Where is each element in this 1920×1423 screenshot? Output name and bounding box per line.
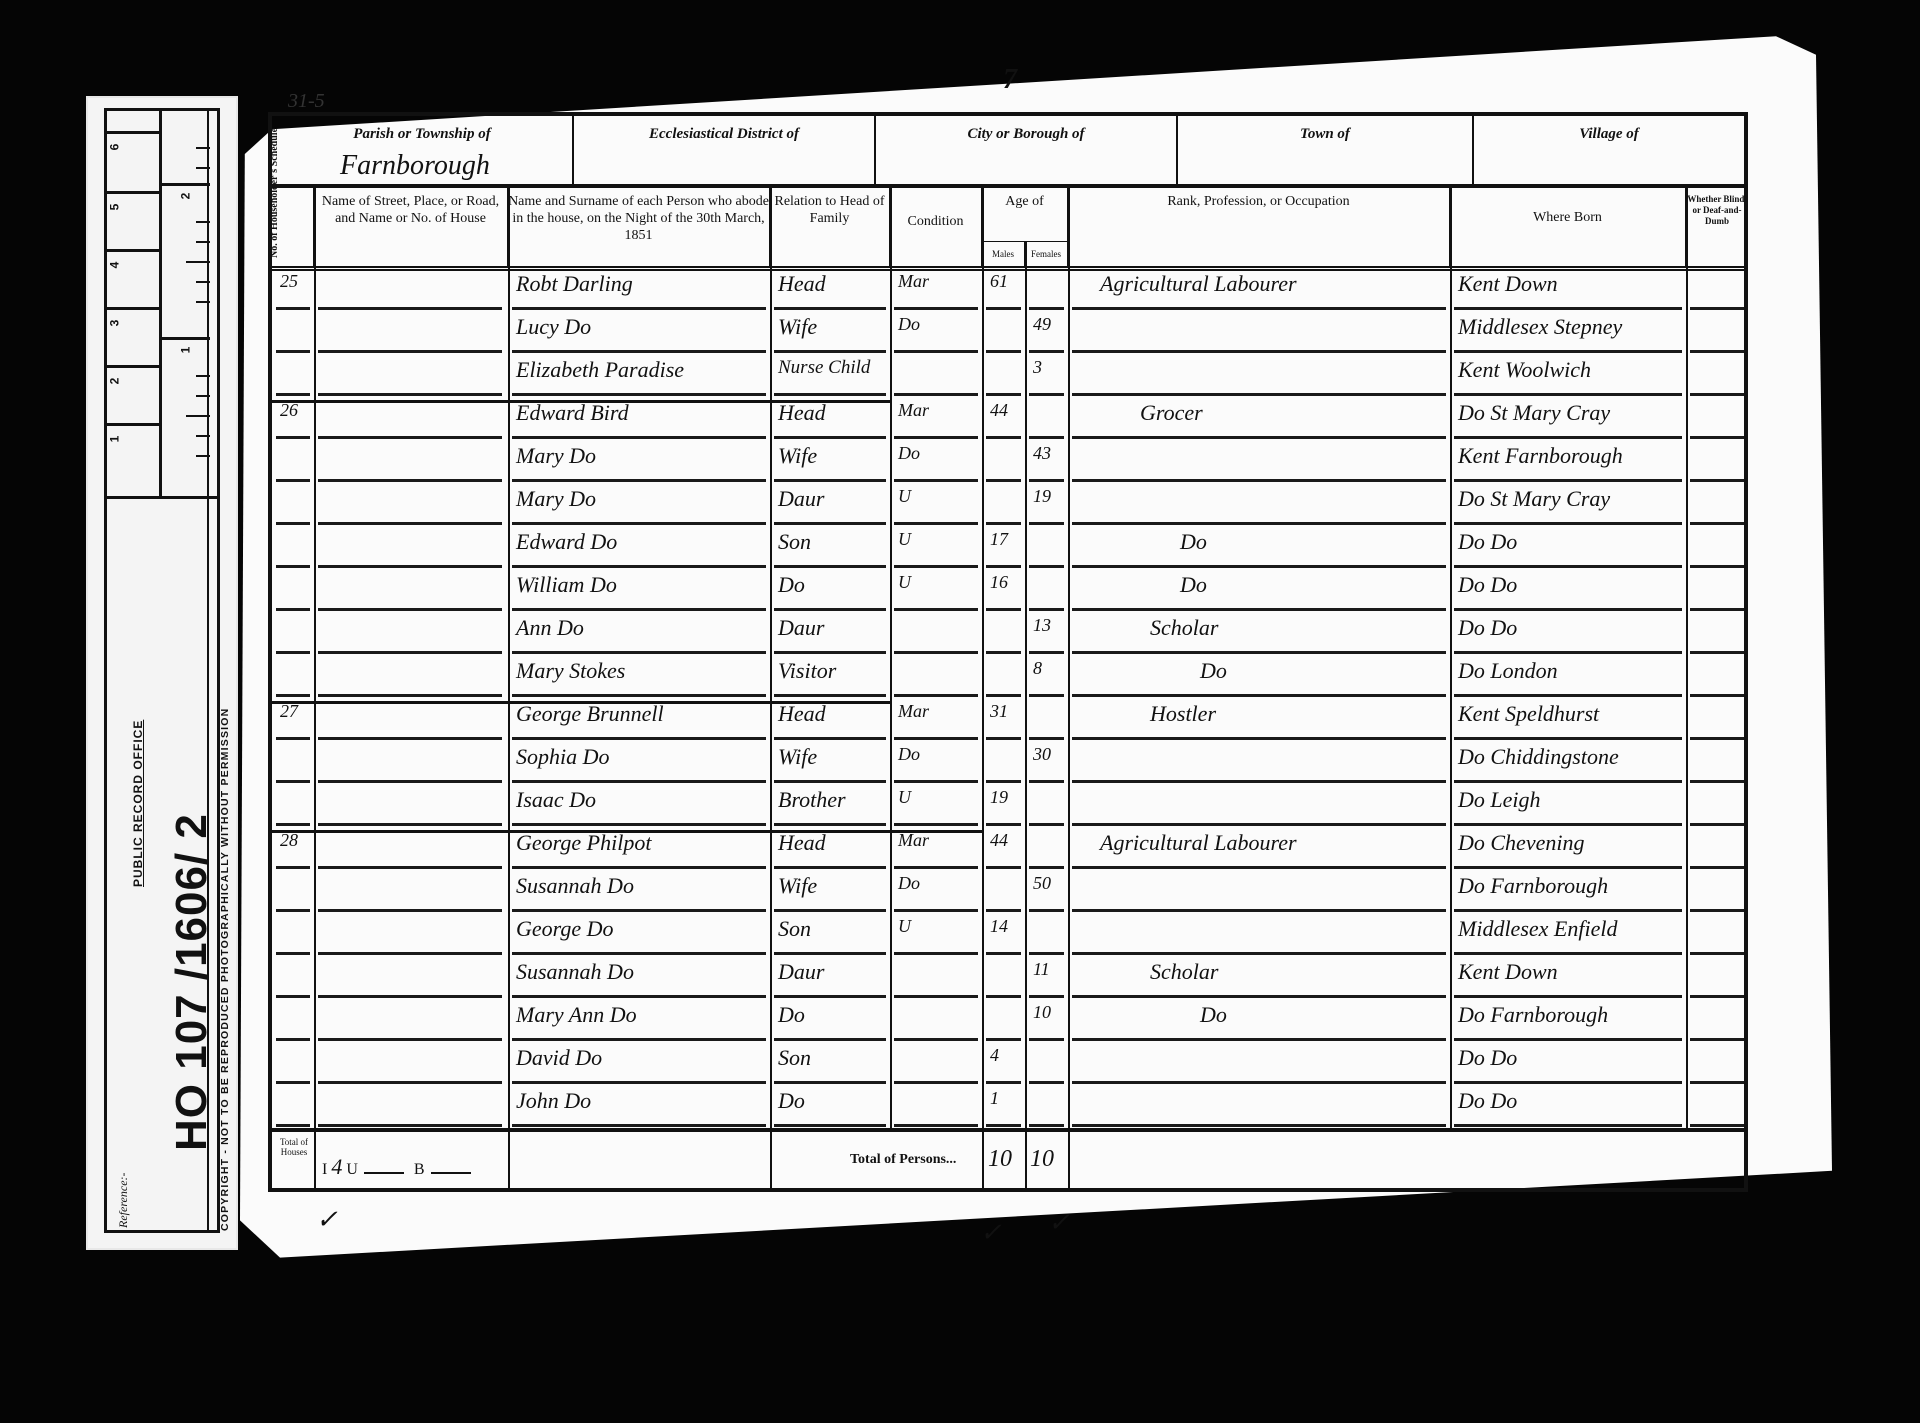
name-cell: Mary Ann Do [508, 1002, 770, 1040]
ruled-line [318, 522, 502, 525]
female-age-cell: 11 [1025, 959, 1068, 997]
condition-cell: Mar [890, 400, 982, 438]
ruled-line [276, 694, 310, 697]
female-age-cell [1025, 1088, 1068, 1126]
schedule-cell [272, 615, 314, 653]
ruled-line [774, 651, 886, 654]
ruled-line [512, 307, 766, 310]
relation-cell: Head [770, 271, 890, 309]
ruler-inch-major-2 [162, 183, 210, 186]
male-age-cell: 1 [982, 1088, 1025, 1126]
ruled-line [512, 952, 766, 955]
condition-cell [890, 658, 982, 696]
ruled-line [986, 522, 1021, 525]
ruled-line [1029, 995, 1064, 998]
ruled-line [1690, 479, 1744, 482]
ruled-line [512, 436, 766, 439]
schedule-cell [272, 916, 314, 954]
relation-cell: Visitor [770, 658, 890, 696]
schedule-cell [272, 314, 314, 352]
female-age-cell: 50 [1025, 873, 1068, 911]
ruled-line [1690, 522, 1744, 525]
name-cell: Edward Do [508, 529, 770, 567]
ruled-line [512, 565, 766, 568]
house-separator [272, 701, 890, 704]
ruled-line [1454, 479, 1682, 482]
occupation-cell: Do [1172, 572, 1450, 610]
ruled-line [1029, 909, 1064, 912]
relation-cell: Wife [770, 314, 890, 352]
ruled-line [774, 350, 886, 353]
name-cell: George Brunnell [508, 701, 770, 739]
census-form: Parish or Township of Farnborough Eccles… [268, 112, 1748, 1192]
ruled-line [1029, 952, 1064, 955]
ruled-line [1690, 909, 1744, 912]
ruled-line [276, 866, 310, 869]
ruled-line [318, 866, 502, 869]
ruled-line [1029, 737, 1064, 740]
ruled-line [1690, 995, 1744, 998]
ruled-line [276, 608, 310, 611]
ruled-line [1454, 909, 1682, 912]
total-males: 10 [988, 1146, 1012, 1173]
table-row: Isaac Do Brother U 19 Do Leigh [272, 787, 1744, 825]
ruled-line [1454, 780, 1682, 783]
ruled-line [1454, 1081, 1682, 1084]
ruled-line [986, 1038, 1021, 1041]
female-age-cell [1025, 1045, 1068, 1083]
ruled-line [1072, 780, 1446, 783]
table-row: Ann Do Daur 13 Scholar Do Do [272, 615, 1744, 653]
occupation-cell [1092, 744, 1450, 782]
condition-cell: Do [890, 744, 982, 782]
relation-cell: Daur [770, 615, 890, 653]
ruled-line [1072, 1038, 1446, 1041]
ruled-line [774, 952, 886, 955]
totals-row: Total of Houses I 4 U B Total of Persons… [272, 1128, 1744, 1192]
col-schedule: No. of Householder's Schedule [272, 188, 314, 266]
relation-cell: Head [770, 400, 890, 438]
col-relation: Relation to Head of Family [770, 188, 890, 266]
ruled-line [1454, 436, 1682, 439]
ruled-line [986, 608, 1021, 611]
ruled-line [774, 1038, 886, 1041]
ruled-line [276, 952, 310, 955]
parish-value: Farnborough [340, 150, 490, 182]
ruled-line [1454, 608, 1682, 611]
occupation-cell: Do [1192, 1002, 1450, 1040]
scale-ruler: 6 5 4 3 2 1 2 1 [107, 111, 217, 499]
ruled-line [512, 608, 766, 611]
schedule-cell [272, 529, 314, 567]
name-cell: John Do [508, 1088, 770, 1126]
female-age-cell: 10 [1025, 1002, 1068, 1040]
male-age-cell [982, 658, 1025, 696]
male-age-cell [982, 873, 1025, 911]
relation-cell: Son [770, 1045, 890, 1083]
schedule-cell: 26 [272, 400, 314, 438]
ruled-line [894, 651, 978, 654]
table-row: Lucy Do Wife Do 49 Middlesex Stepney [272, 314, 1744, 352]
ruled-line [986, 694, 1021, 697]
born-cell: Do St Mary Cray [1450, 486, 1686, 524]
total-houses: I 4 U B [322, 1154, 477, 1180]
ruled-line [774, 393, 886, 396]
condition-cell: Do [890, 873, 982, 911]
schedule-cell: 28 [272, 830, 314, 868]
condition-cell: Do [890, 314, 982, 352]
male-age-cell [982, 314, 1025, 352]
ruled-line [318, 952, 502, 955]
name-cell: Elizabeth Paradise [508, 357, 770, 395]
occupation-cell [1092, 443, 1450, 481]
male-age-cell: 16 [982, 572, 1025, 610]
ruled-line [276, 909, 310, 912]
ruled-line [1690, 1124, 1744, 1127]
schedule-cell [272, 1088, 314, 1126]
ruled-line [894, 307, 978, 310]
ruled-line [774, 436, 886, 439]
ruled-line [1690, 565, 1744, 568]
table-row: Susannah Do Wife Do 50 Do Farnborough [272, 873, 1744, 911]
name-cell: George Philpot [508, 830, 770, 868]
reference-code: HO 107 /1606/ 2 [167, 813, 217, 1151]
ruled-line [318, 995, 502, 998]
ruled-line [1454, 995, 1682, 998]
name-cell: Mary Do [508, 443, 770, 481]
female-age-cell: 13 [1025, 615, 1068, 653]
ruled-line [512, 1081, 766, 1084]
ruled-line [986, 393, 1021, 396]
ruled-line [774, 565, 886, 568]
ruled-line [1690, 1081, 1744, 1084]
name-cell: Mary Stokes [508, 658, 770, 696]
ruler-cm-3: 3 [107, 307, 159, 365]
table-row: Mary Stokes Visitor 8 Do Do London [272, 658, 1744, 696]
male-age-cell [982, 744, 1025, 782]
ruled-line [986, 307, 1021, 310]
table-row: Elizabeth Paradise Nurse Child 3 Kent Wo… [272, 357, 1744, 395]
condition-cell: Mar [890, 830, 982, 868]
check-mark: ✓ [1048, 1208, 1070, 1238]
relation-cell: Do [770, 572, 890, 610]
table-row: Mary Do Daur U 19 Do St Mary Cray [272, 486, 1744, 524]
page-number: 7 [1003, 64, 1017, 96]
ruled-line [276, 1081, 310, 1084]
name-cell: Susannah Do [508, 873, 770, 911]
male-age-cell: 4 [982, 1045, 1025, 1083]
born-cell: Middlesex Stepney [1450, 314, 1686, 352]
ruled-line [1072, 436, 1446, 439]
check-mark: ✓ [316, 1205, 338, 1235]
rule-line [982, 1132, 984, 1188]
born-cell: Kent Speldhurst [1450, 701, 1686, 739]
relation-cell: Nurse Child [770, 357, 890, 395]
occupation-cell [1092, 357, 1450, 395]
house-separator [272, 830, 982, 833]
ruled-line [512, 737, 766, 740]
ruled-line [276, 565, 310, 568]
name-cell: David Do [508, 1045, 770, 1083]
male-age-cell: 61 [982, 271, 1025, 309]
schedule-cell: 25 [272, 271, 314, 309]
ruled-line [1072, 1081, 1446, 1084]
condition-cell [890, 615, 982, 653]
table-row: 28 George Philpot Head Mar 44 Agricultur… [272, 830, 1744, 868]
ruled-line [894, 479, 978, 482]
occupation-cell: Agricultural Labourer [1092, 830, 1450, 868]
schedule-cell [272, 787, 314, 825]
table-row: 25 Robt Darling Head Mar 61 Agricultural… [272, 271, 1744, 309]
female-age-cell: 8 [1025, 658, 1068, 696]
ruled-line [276, 436, 310, 439]
ruled-line [1690, 436, 1744, 439]
ruled-line [1029, 479, 1064, 482]
relation-cell: Brother [770, 787, 890, 825]
female-age-cell: 49 [1025, 314, 1068, 352]
ruled-line [318, 479, 502, 482]
ruled-line [1690, 608, 1744, 611]
ruled-line [894, 522, 978, 525]
col-street: Name of Street, Place, or Road, and Name… [314, 188, 508, 266]
copyright-notice: COPYRIGHT - NOT TO BE REPRODUCED PHOTOGR… [219, 708, 231, 1231]
ruled-line [774, 909, 886, 912]
col-blind: Whether Blind, or Deaf-and-Dumb [1686, 188, 1748, 266]
ruler-cm-4: 4 [107, 249, 159, 307]
ruled-line [1690, 952, 1744, 955]
condition-cell [890, 1045, 982, 1083]
ruled-line [986, 1081, 1021, 1084]
col-age-males: Males [982, 242, 1025, 266]
public-record-office-label: PUBLIC RECORD OFFICE [131, 720, 145, 887]
ruler-inch: 2 1 [162, 111, 210, 496]
ruled-line [276, 350, 310, 353]
relation-cell: Daur [770, 959, 890, 997]
ruled-line [986, 479, 1021, 482]
ruled-line [1029, 522, 1064, 525]
ruled-line [1690, 307, 1744, 310]
ruled-line [1690, 866, 1744, 869]
male-age-cell [982, 357, 1025, 395]
ruled-line [774, 823, 886, 826]
female-age-cell: 30 [1025, 744, 1068, 782]
ruler-cm-6: 6 [107, 131, 159, 191]
ruled-line [986, 995, 1021, 998]
parish-heading: Parish or Township of Farnborough [272, 116, 574, 184]
col-age-females: Females [1025, 242, 1067, 266]
born-cell: Do Chiddingstone [1450, 744, 1686, 782]
ruled-line [1029, 307, 1064, 310]
ruled-line [1029, 350, 1064, 353]
relation-cell: Daur [770, 486, 890, 524]
ruled-line [1072, 737, 1446, 740]
ruled-line [318, 694, 502, 697]
table-row: William Do Do U 16 Do Do Do [272, 572, 1744, 610]
ruled-line [986, 651, 1021, 654]
born-cell: Do Do [1450, 615, 1686, 653]
occupation-cell [1092, 314, 1450, 352]
rule-line [508, 1132, 510, 1188]
schedule-cell [272, 959, 314, 997]
ruled-line [1454, 1124, 1682, 1127]
table-row: 26 Edward Bird Head Mar 44 Grocer Do St … [272, 400, 1744, 438]
ruled-line [318, 1124, 502, 1127]
corner-mark: 31-5 [288, 90, 325, 113]
ruled-line [774, 737, 886, 740]
ruled-line [894, 565, 978, 568]
occupation-cell [1092, 1088, 1450, 1126]
table-row: John Do Do 1 Do Do [272, 1088, 1744, 1126]
ruled-line [318, 737, 502, 740]
female-age-cell: 43 [1025, 443, 1068, 481]
condition-cell: U [890, 529, 982, 567]
name-cell: Sophia Do [508, 744, 770, 782]
name-cell: William Do [508, 572, 770, 610]
table-row: David Do Son 4 Do Do [272, 1045, 1744, 1083]
male-age-cell: 44 [982, 400, 1025, 438]
female-age-cell [1025, 830, 1068, 868]
female-age-cell [1025, 787, 1068, 825]
total-persons-label: Total of Persons... [850, 1152, 956, 1168]
ruled-line [276, 522, 310, 525]
reference-frame: 6 5 4 3 2 1 2 1 [104, 108, 220, 1233]
ruled-line [774, 1124, 886, 1127]
ruled-line [1690, 350, 1744, 353]
ruled-line [512, 780, 766, 783]
ruled-line [512, 909, 766, 912]
ruled-line [276, 393, 310, 396]
ruled-line [276, 737, 310, 740]
ruled-line [512, 1124, 766, 1127]
ruled-line [1029, 694, 1064, 697]
name-cell: Edward Bird [508, 400, 770, 438]
ruler-cm-2: 2 [107, 365, 159, 423]
male-age-cell: 31 [982, 701, 1025, 739]
rule-line [1025, 1132, 1027, 1188]
occupation-cell: Do [1192, 658, 1450, 696]
ruled-line [1029, 565, 1064, 568]
table-row: Edward Do Son U 17 Do Do Do [272, 529, 1744, 567]
ruled-line [894, 350, 978, 353]
ruled-line [774, 479, 886, 482]
houses-inhabited: 4 [331, 1154, 342, 1179]
ruled-line [894, 780, 978, 783]
occupation-cell [1092, 1045, 1450, 1083]
male-age-cell: 19 [982, 787, 1025, 825]
ruled-line [318, 608, 502, 611]
name-cell: George Do [508, 916, 770, 954]
ruled-line [1029, 866, 1064, 869]
occupation-cell [1092, 787, 1450, 825]
condition-cell: Do [890, 443, 982, 481]
occupation-cell: Do [1172, 529, 1450, 567]
born-cell: Do Chevening [1450, 830, 1686, 868]
ruled-line [986, 823, 1021, 826]
col-name: Name and Surname of each Person who abod… [508, 188, 770, 266]
male-age-cell [982, 959, 1025, 997]
ruled-line [276, 1038, 310, 1041]
relation-cell: Do [770, 1088, 890, 1126]
ruled-line [1072, 995, 1446, 998]
ruled-line [1072, 608, 1446, 611]
schedule-cell: 27 [272, 701, 314, 739]
ruled-line [894, 608, 978, 611]
ruled-line [1029, 780, 1064, 783]
ruled-line [894, 1124, 978, 1127]
ruled-line [894, 866, 978, 869]
ruled-line [1029, 393, 1064, 396]
ruled-line [774, 694, 886, 697]
ruled-line [318, 651, 502, 654]
born-cell: Do Do [1450, 1045, 1686, 1083]
col-condition: Condition [890, 188, 982, 266]
condition-cell: Mar [890, 701, 982, 739]
condition-cell: U [890, 486, 982, 524]
male-age-cell [982, 486, 1025, 524]
ruled-line [276, 995, 310, 998]
ruled-line [318, 307, 502, 310]
ruled-line [774, 1081, 886, 1084]
ruled-line [276, 1124, 310, 1127]
name-cell: Susannah Do [508, 959, 770, 997]
female-age-cell [1025, 400, 1068, 438]
town-heading: Town of [1178, 116, 1474, 184]
ruled-line [1454, 651, 1682, 654]
relation-cell: Wife [770, 443, 890, 481]
ruled-line [1072, 651, 1446, 654]
ruled-line [894, 909, 978, 912]
ruled-line [1454, 952, 1682, 955]
ruled-line [774, 780, 886, 783]
occupation-cell: Agricultural Labourer [1092, 271, 1450, 309]
ruled-line [1454, 522, 1682, 525]
ruler-inch-label-1: 1 [178, 347, 192, 354]
ruled-line [1454, 350, 1682, 353]
ruled-line [276, 780, 310, 783]
ruled-line [986, 866, 1021, 869]
ruled-line [512, 1038, 766, 1041]
ruled-line [1029, 1081, 1064, 1084]
ruled-line [1690, 694, 1744, 697]
table-row: Mary Ann Do Do 10 Do Do Farnborough [272, 1002, 1744, 1040]
ruled-line [1029, 1038, 1064, 1041]
ruled-line [512, 479, 766, 482]
occupation-cell: Scholar [1142, 959, 1450, 997]
born-cell: Middlesex Enfield [1450, 916, 1686, 954]
born-cell: Do Leigh [1450, 787, 1686, 825]
total-houses-label: Total of Houses [274, 1138, 314, 1158]
ruled-line [1454, 393, 1682, 396]
reference-label: Reference:- [116, 1172, 131, 1228]
ruled-line [1454, 307, 1682, 310]
ruled-line [894, 1081, 978, 1084]
condition-cell: U [890, 572, 982, 610]
ruled-line [318, 565, 502, 568]
ruled-line [276, 307, 310, 310]
ruled-line [318, 780, 502, 783]
ruled-line [1072, 866, 1446, 869]
ruled-line [1454, 866, 1682, 869]
occupation-cell: Grocer [1132, 400, 1450, 438]
born-cell: Do Do [1450, 1088, 1686, 1126]
ruled-line [986, 780, 1021, 783]
ruled-line [1072, 1124, 1446, 1127]
ruled-line [1072, 823, 1446, 826]
born-cell: Kent Farnborough [1450, 443, 1686, 481]
schedule-cell [272, 744, 314, 782]
male-age-cell [982, 615, 1025, 653]
ruled-line [318, 1081, 502, 1084]
